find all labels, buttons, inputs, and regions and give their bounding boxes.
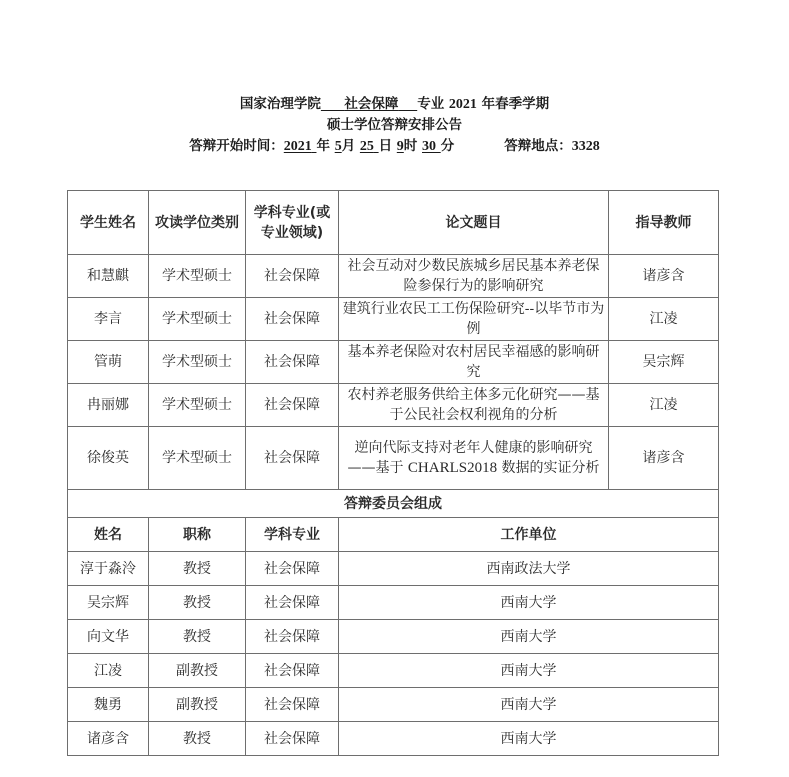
member-major: 社会保障	[246, 586, 339, 620]
col-header-member-major: 学科专业	[246, 518, 339, 552]
advisor: 诸彦含	[609, 255, 719, 298]
member-work-unit: 西南大学	[339, 688, 719, 722]
member-name: 淳于淼泠	[68, 552, 149, 586]
member-rank: 副教授	[149, 688, 246, 722]
table-row: 管萌 学术型硕士 社会保障 基本养老保险对农村居民幸福感的影响研究 吴宗辉	[68, 341, 719, 384]
degree-type: 学术型硕士	[149, 341, 246, 384]
major: 社会保障	[246, 298, 339, 341]
thesis-title: 社会互动对少数民族城乡居民基本养老保险参保行为的影响研究	[339, 255, 609, 298]
member-major: 社会保障	[246, 552, 339, 586]
defense-schedule-table: 学生姓名 攻读学位类别 学科专业(或专业领域) 论文题目 指导教师 和慧麒 学术…	[67, 190, 719, 756]
advisor: 江凌	[609, 298, 719, 341]
student-header-row: 学生姓名 攻读学位类别 学科专业(或专业领域) 论文题目 指导教师	[68, 191, 719, 255]
member-work-unit: 西南大学	[339, 654, 719, 688]
start-hour: 9	[397, 139, 404, 154]
table-row: 李言 学术型硕士 社会保障 建筑行业农民工工伤保险研究--以毕节市为例 江凌	[68, 298, 719, 341]
advisor: 诸彦含	[609, 427, 719, 490]
member-name: 江凌	[68, 654, 149, 688]
member-major: 社会保障	[246, 688, 339, 722]
committee-header-row: 姓名 职称 学科专业 工作单位	[68, 518, 719, 552]
degree-type: 学术型硕士	[149, 427, 246, 490]
member-rank: 教授	[149, 552, 246, 586]
announcement-header: 国家治理学院 社会保障 专业 2021 年春季学期 硕士学位答辩安排公告 答辩开…	[0, 94, 789, 157]
table-row: 冉丽娜 学术型硕士 社会保障 农村养老服务供给主体多元化研究——基于公民社会权利…	[68, 384, 719, 427]
semester-label: 年春季学期	[482, 96, 550, 112]
table-row: 和慧麒 学术型硕士 社会保障 社会互动对少数民族城乡居民基本养老保险参保行为的影…	[68, 255, 719, 298]
member-work-unit: 西南政法大学	[339, 552, 719, 586]
member-rank: 教授	[149, 722, 246, 756]
table-row: 吴宗辉 教授 社会保障 西南大学	[68, 586, 719, 620]
location-value: 3328	[572, 139, 600, 154]
table-row: 向文华 教授 社会保障 西南大学	[68, 620, 719, 654]
thesis-title: 基本养老保险对农村居民幸福感的影响研究	[339, 341, 609, 384]
start-month: 5	[335, 139, 342, 154]
thesis-title: 建筑行业农民工工伤保险研究--以毕节市为例	[339, 298, 609, 341]
col-header-thesis-title: 论文题目	[339, 191, 609, 255]
member-name: 诸彦含	[68, 722, 149, 756]
col-header-degree-type: 攻读学位类别	[149, 191, 246, 255]
start-time-label: 答辩开始时间：	[189, 138, 284, 154]
member-major: 社会保障	[246, 722, 339, 756]
major: 社会保障	[246, 384, 339, 427]
table-row: 徐俊英 学术型硕士 社会保障 逆向代际支持对老年人健康的影响研究——基于 CHA…	[68, 427, 719, 490]
thesis-title: 农村养老服务供给主体多元化研究——基于公民社会权利视角的分析	[339, 384, 609, 427]
member-rank: 教授	[149, 620, 246, 654]
advisor: 江凌	[609, 384, 719, 427]
start-day: 25	[360, 139, 374, 154]
thesis-title: 逆向代际支持对老年人健康的影响研究——基于 CHARLS2018 数据的实证分析	[339, 427, 609, 490]
table-row: 淳于淼泠 教授 社会保障 西南政法大学	[68, 552, 719, 586]
col-header-member-name: 姓名	[68, 518, 149, 552]
header-line-1: 国家治理学院 社会保障 专业 2021 年春季学期	[0, 94, 789, 115]
table-row: 诸彦含 教授 社会保障 西南大学	[68, 722, 719, 756]
table-row: 魏勇 副教授 社会保障 西南大学	[68, 688, 719, 722]
major-blank: 社会保障	[321, 94, 417, 115]
student-name: 冉丽娜	[68, 384, 149, 427]
member-work-unit: 西南大学	[339, 586, 719, 620]
member-work-unit: 西南大学	[339, 620, 719, 654]
advisor: 吴宗辉	[609, 341, 719, 384]
member-name: 吴宗辉	[68, 586, 149, 620]
student-name: 徐俊英	[68, 427, 149, 490]
semester-year: 2021	[449, 97, 477, 112]
col-header-work-unit: 工作单位	[339, 518, 719, 552]
header-line-3: 答辩开始时间：2021 年 5月 25 日 9时 30 分答辩地点：3328	[0, 136, 789, 157]
col-header-rank: 职称	[149, 518, 246, 552]
major: 社会保障	[246, 427, 339, 490]
member-work-unit: 西南大学	[339, 722, 719, 756]
col-header-advisor: 指导教师	[609, 191, 719, 255]
degree-type: 学术型硕士	[149, 384, 246, 427]
member-name: 向文华	[68, 620, 149, 654]
degree-type: 学术型硕士	[149, 255, 246, 298]
member-major: 社会保障	[246, 620, 339, 654]
announcement-title: 硕士学位答辩安排公告	[0, 115, 789, 136]
member-major: 社会保障	[246, 654, 339, 688]
committee-section-row: 答辩委员会组成	[68, 490, 719, 518]
major: 社会保障	[246, 341, 339, 384]
start-minute: 30	[422, 139, 436, 154]
committee-section-title: 答辩委员会组成	[68, 490, 719, 518]
student-name: 李言	[68, 298, 149, 341]
start-year: 2021	[284, 139, 312, 154]
member-rank: 教授	[149, 586, 246, 620]
member-rank: 副教授	[149, 654, 246, 688]
member-name: 魏勇	[68, 688, 149, 722]
major: 社会保障	[246, 255, 339, 298]
student-name: 和慧麒	[68, 255, 149, 298]
col-header-major: 学科专业(或专业领域)	[246, 191, 339, 255]
school-name: 国家治理学院	[240, 96, 321, 112]
col-header-student-name: 学生姓名	[68, 191, 149, 255]
location-label: 答辩地点：	[504, 138, 572, 154]
student-name: 管萌	[68, 341, 149, 384]
table-row: 江凌 副教授 社会保障 西南大学	[68, 654, 719, 688]
degree-type: 学术型硕士	[149, 298, 246, 341]
